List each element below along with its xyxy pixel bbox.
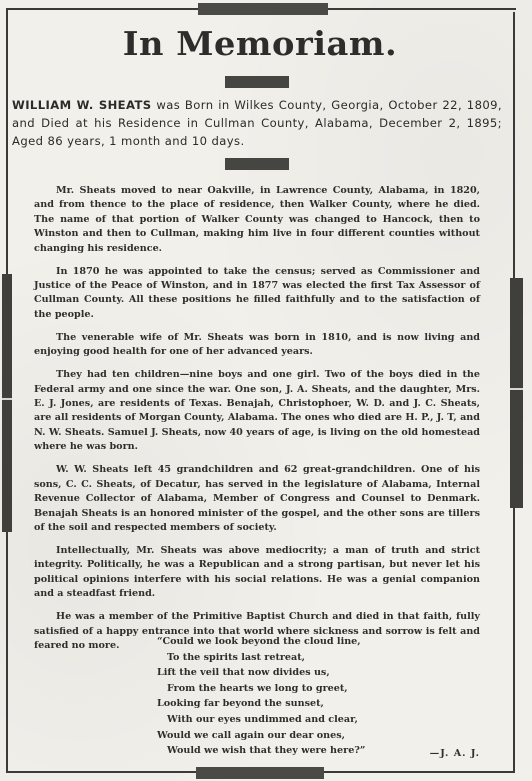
border-ornament-top: [198, 3, 328, 15]
body-paragraph: In 1870 he was appointed to take the cen…: [34, 265, 480, 323]
body-paragraph: Mr. Sheats moved to near Oakville, in La…: [34, 184, 480, 256]
body-paragraph: They had ten children—nine boys and one …: [34, 368, 480, 454]
poem-line: Would we wish that they were here?”: [157, 743, 457, 759]
poem-line: From the hearts we long to greet,: [157, 681, 457, 697]
newspaper-clipping: In Memoriam. WILLIAM W. SHEATS was Born …: [0, 0, 532, 781]
deceased-name: WILLIAM W. SHEATS: [12, 98, 152, 112]
page-title: In Memoriam.: [0, 24, 525, 63]
poem-line: Would we call again our dear ones,: [157, 728, 457, 744]
border-ornament-bottom: [196, 767, 324, 779]
body-paragraph: Intellectually, Mr. Sheats was above med…: [34, 544, 480, 602]
memorial-poem: “Could we look beyond the cloud line, To…: [157, 634, 457, 759]
poem-line: Looking far beyond the sunset,: [157, 696, 457, 712]
poem-line: To the spirits last retreat,: [157, 650, 457, 666]
obituary-body: Mr. Sheats moved to near Oakville, in La…: [34, 184, 480, 662]
body-paragraph: W. W. Sheats left 45 grandchildren and 6…: [34, 463, 480, 535]
poem-line: “Could we look beyond the cloud line,: [157, 634, 457, 650]
author-signature: —J. A. J.: [420, 748, 480, 759]
body-paragraph: The venerable wife of Mr. Sheats was bor…: [34, 331, 480, 360]
poem-line: Lift the veil that now divides us,: [157, 665, 457, 681]
poem-line: With our eyes undimmed and clear,: [157, 712, 457, 728]
divider-rule: [225, 158, 289, 170]
border-ornament-right: [510, 278, 523, 508]
border-ornament-left: [2, 274, 12, 532]
lead-paragraph: WILLIAM W. SHEATS was Born in Wilkes Cou…: [12, 96, 502, 150]
divider-rule: [225, 76, 289, 88]
